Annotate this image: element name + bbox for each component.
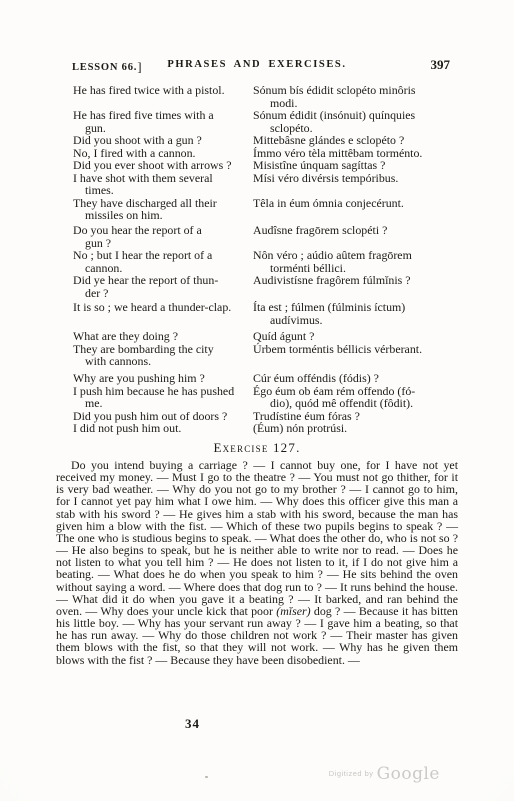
english-phrase: They are bombarding the city with cannon… <box>73 343 253 368</box>
latin-phrase: Íta est ; fúlmen (fúlminis íctum) audívi… <box>253 301 458 326</box>
phrase-row: Did ye hear the report of thun- der ? Au… <box>56 274 458 299</box>
latin-phrase: Sónum bís édidit sclopéto minôris modi. <box>253 84 458 109</box>
english-phrase: He has fired five times with a gun. <box>73 109 253 134</box>
phrase-row: I push him because he has pushed me. Égo… <box>56 385 458 410</box>
english-phrase: Did ye hear the report of thun- der ? <box>73 274 253 299</box>
english-phrase: No ; but I hear the report of a cannon. <box>73 249 253 274</box>
english-phrase: I have shot with them several times. <box>73 172 253 197</box>
phrase-row: No ; but I hear the report of a cannon. … <box>56 249 458 274</box>
page-number: 397 <box>431 57 451 73</box>
exercise-heading: Exercise 127. <box>56 440 458 456</box>
latin-phrase: Têla in éum ómnia conjecérunt. <box>253 197 458 210</box>
phrase-row: Why are you pushing him ? Cúr éum offénd… <box>56 372 458 385</box>
watermark-prefix: Digitized by <box>329 769 374 778</box>
latin-phrase: Úrbem torméntis béllicis vérberant. <box>253 343 458 356</box>
english-phrase: It is so ; we heard a thunder-clap. <box>73 301 253 314</box>
phrase-row: I did not push him out. (Éum) nón protrú… <box>56 422 458 435</box>
latin-phrase: Cúr éum offéndis (fódis) ? <box>253 372 458 385</box>
phrase-row: He has fired five times with a gun. Sónu… <box>56 109 458 134</box>
page-title: PHRASES AND EXERCISES. <box>56 59 458 70</box>
signature-mark: 34 <box>185 716 200 732</box>
latin-phrase: Nôn véro ; aúdio aûtem fragōrem torménti… <box>253 249 458 274</box>
exercise-body: Do you intend buying a carriage ? — I ca… <box>56 459 458 666</box>
english-phrase: He has fired twice with a pistol. <box>73 84 253 97</box>
scan-speck <box>205 776 208 778</box>
phrase-table: He has fired twice with a pistol. Sónum … <box>56 84 458 435</box>
english-phrase: I did not push him out. <box>73 422 253 435</box>
book-page: LESSON 66.] PHRASES AND EXERCISES. 397 H… <box>0 0 514 801</box>
exercise-text-start: Do you intend buying a carriage ? — I ca… <box>56 458 458 618</box>
phrase-row: He has fired twice with a pistol. Sónum … <box>56 84 458 109</box>
latin-phrase: (Éum) nón protrúsi. <box>253 422 458 435</box>
phrase-row: Do you hear the report of a gun ? Audîsn… <box>56 224 458 249</box>
english-phrase: Did you shoot with a gun ? <box>73 134 253 147</box>
phrase-row: They have discharged all their missiles … <box>56 197 458 222</box>
latin-phrase: Égo éum ob éam rém offendo (fó- dio), qu… <box>253 385 458 410</box>
latin-phrase: Mittebâsne glándes e sclopéto ? <box>253 134 458 147</box>
phrase-row: Did you shoot with a gun ? Mittebâsne gl… <box>56 134 458 147</box>
english-phrase: Did you ever shoot with arrows ? <box>73 159 253 172</box>
latin-phrase: Audîsne fragōrem sclopéti ? <box>253 224 458 237</box>
latin-phrase: Mísi véro divérsis tempóribus. <box>253 172 458 185</box>
english-phrase: Do you hear the report of a gun ? <box>73 224 253 249</box>
latin-phrase: Sónum édidit (insónuit) quínquies sclopé… <box>253 109 458 134</box>
google-logo: Google <box>377 764 440 784</box>
latin-phrase: Misistîne únquam sagíttas ? <box>253 159 458 172</box>
latin-phrase: Audivistísne fragôrem fúlmĭnis ? <box>253 274 458 287</box>
english-phrase: Why are you pushing him ? <box>73 372 253 385</box>
phrase-row: I have shot with them several times. Mís… <box>56 172 458 197</box>
phrase-row: It is so ; we heard a thunder-clap. Íta … <box>56 301 458 326</box>
phrase-row: They are bombarding the city with cannon… <box>56 343 458 368</box>
english-phrase: I push him because he has pushed me. <box>73 385 253 410</box>
phrase-row: Did you ever shoot with arrows ? Misistî… <box>56 159 458 172</box>
english-phrase: They have discharged all their missiles … <box>73 197 253 222</box>
digitized-watermark: Digitized byGoogle <box>329 764 440 784</box>
running-head: LESSON 66.] PHRASES AND EXERCISES. 397 <box>56 57 458 73</box>
